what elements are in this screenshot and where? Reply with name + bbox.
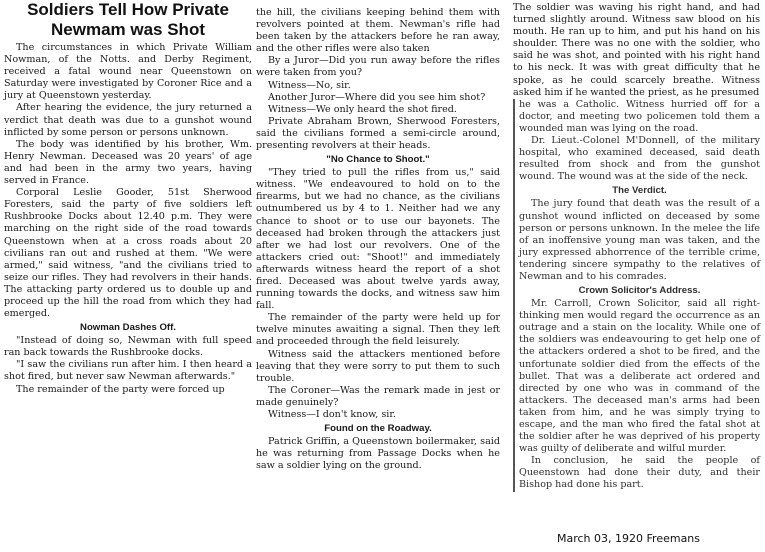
headline: Soldiers Tell How Private Newmam was Sho… xyxy=(4,0,252,40)
paragraph: The remainder of the party were held up … xyxy=(256,312,500,348)
paragraph: Corporal Leslie Gooder, 51st Sherwood Fo… xyxy=(4,187,252,320)
subheading: Crown Solicitor's Address. xyxy=(519,284,760,297)
article-column-1: Soldiers Tell How Private Newmam was Sho… xyxy=(4,0,252,396)
paragraph: Witness—No, sir. xyxy=(256,80,500,92)
paragraph: "They tried to pull the rifles from us,"… xyxy=(256,167,500,312)
paragraph: Another Juror—Where did you see him shot… xyxy=(256,92,500,104)
paragraph: By a Juror—Did you run away before the r… xyxy=(256,55,500,79)
article-column-3: The soldier was waving his right hand, a… xyxy=(513,2,760,492)
subheading: The Verdict. xyxy=(519,184,760,197)
paragraph: Patrick Griffin, a Queenstown boilermake… xyxy=(256,436,500,472)
subheading: "No Chance to Shoot." xyxy=(256,153,500,166)
article-column-2: the hill, the civilians keeping behind t… xyxy=(256,7,500,472)
paragraph: Mr. Carroll, Crown Solicitor, said all r… xyxy=(519,298,760,455)
paragraph: The Coroner—Was the remark made in jest … xyxy=(256,385,500,409)
paragraph: Witness—We only heard the shot fired. xyxy=(256,104,500,116)
subheading: Nowman Dashes Off. xyxy=(4,321,252,334)
paragraph: Private Abraham Brown, Sherwood Forester… xyxy=(256,116,500,152)
paragraph: "I saw the civilians run after him. I th… xyxy=(4,359,252,383)
paragraph: The body was identified by his brother, … xyxy=(4,139,252,187)
paragraph: The soldier was waving his right hand, a… xyxy=(513,2,760,99)
paragraph: "Instead of doing so, Newman with full s… xyxy=(4,335,252,359)
paragraph: the hill, the civilians keeping behind t… xyxy=(256,7,500,55)
paragraph: After hearing the evidence, the jury ret… xyxy=(4,102,252,138)
faded-print-section: he was a Catholic. Witness hurried off f… xyxy=(513,99,760,492)
headline-line-1: Soldiers Tell How Private xyxy=(4,0,252,20)
paragraph: The circumstances in which Private Willi… xyxy=(4,42,252,102)
paragraph: Witness—I don't know, sir. xyxy=(256,409,500,421)
paragraph: Witness said the attackers mentioned bef… xyxy=(256,349,500,385)
paragraph: The jury found that death was the result… xyxy=(519,198,760,283)
paragraph: The remainder of the party were forced u… xyxy=(4,384,252,396)
date-caption: March 03, 1920 Freemans xyxy=(557,532,700,545)
subheading: Found on the Roadway. xyxy=(256,422,500,435)
headline-line-2: Newmam was Shot xyxy=(4,20,252,40)
paragraph: he was a Catholic. Witness hurried off f… xyxy=(519,99,760,135)
paragraph: In conclusion, he said the people of Que… xyxy=(519,455,760,491)
paragraph: Dr. Lieut.-Colonel M'Donnell, of the mil… xyxy=(519,135,760,183)
